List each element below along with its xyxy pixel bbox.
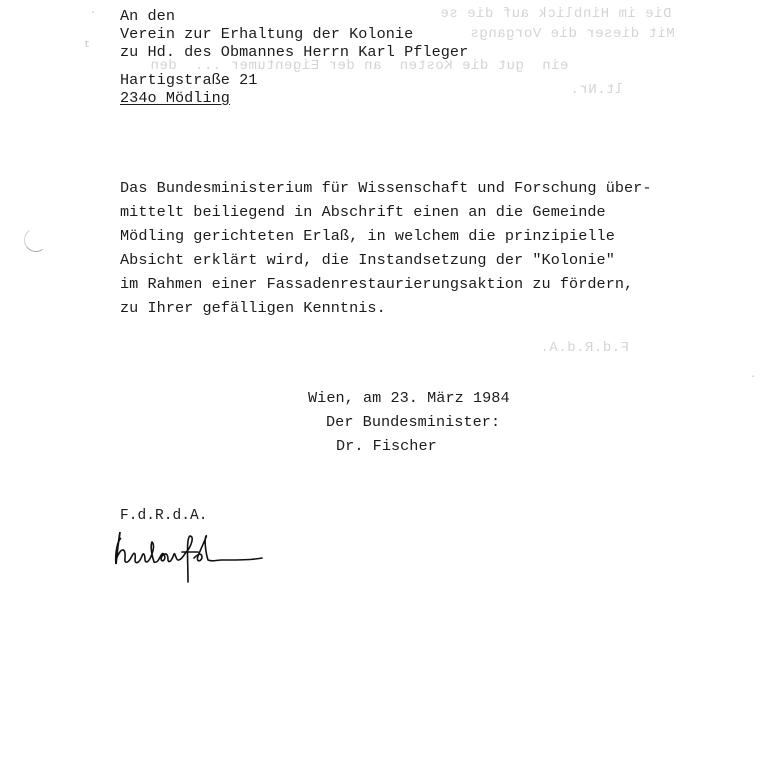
body-line: mittelt beiliegend in Abschrift einen an… xyxy=(120,203,606,221)
place-date: Wien, am 23. März 1984 xyxy=(308,389,510,407)
body-line: Absicht erklärt wird, die Instandsetzung… xyxy=(120,251,615,269)
signature-icon xyxy=(112,530,272,590)
margin-speck: · xyxy=(90,8,96,19)
margin-speck: · xyxy=(750,372,756,383)
bleed-through-text: Die im Hinblick auf die se xyxy=(440,6,671,22)
body-line: Mödling gerichteten Erlaß, in welchem di… xyxy=(120,227,615,245)
margin-speck: t xyxy=(84,40,90,51)
minister-name: Dr. Fischer xyxy=(336,437,437,455)
recipient-salutation: An den xyxy=(120,7,175,25)
bleed-through-text: lt.Nr. xyxy=(570,82,623,98)
body-line: Das Bundesministerium für Wissenschaft u… xyxy=(120,179,652,197)
handwritten-signature xyxy=(112,530,272,595)
recipient-organization: Verein zur Erhaltung der Kolonie xyxy=(120,25,413,43)
certification-label: F.d.R.d.A. xyxy=(120,507,208,525)
recipient-street: Hartigstraße 21 xyxy=(120,71,257,89)
bleed-through-text: F.d.R.d.A. xyxy=(540,340,629,356)
bleed-through-text: Mit dieser die Vorgangs xyxy=(470,26,675,42)
recipient-city: 234o Mödling xyxy=(120,89,230,107)
minister-title: Der Bundesminister: xyxy=(326,413,500,431)
punch-hole-mark xyxy=(22,226,50,254)
body-line: im Rahmen einer Fassadenrestaurierungsak… xyxy=(120,275,633,293)
body-line: zu Ihrer gefälligen Kenntnis. xyxy=(120,299,386,317)
recipient-attention: zu Hd. des Obmannes Herrn Karl Pfleger xyxy=(120,43,468,61)
